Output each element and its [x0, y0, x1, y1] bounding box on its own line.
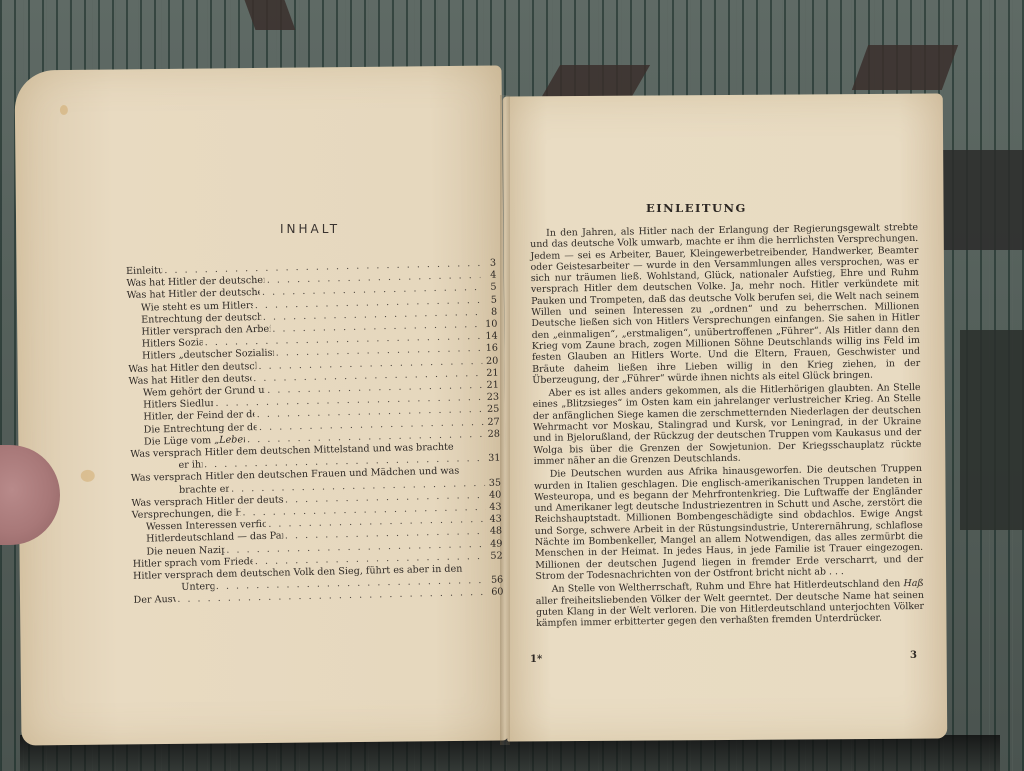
camouflage-patch — [245, 0, 296, 30]
paragraph: In den Jahren, als Hitler nach der Erlan… — [530, 222, 920, 386]
age-stain — [81, 470, 95, 482]
signature-mark: 1* — [530, 654, 542, 665]
age-stain — [60, 105, 68, 115]
chapter-title: EINLEITUNG — [646, 201, 747, 215]
camouflage-patch — [852, 45, 958, 90]
camouflage-patch — [940, 150, 1024, 250]
emphasized-text: „Lebensraum im Osten“ — [214, 434, 245, 446]
emphasized-text: Haß — [904, 578, 924, 589]
book-gutter — [500, 95, 510, 745]
page-number: 3 — [910, 650, 917, 661]
paragraph: Aber es ist alles anders gekommen, als d… — [533, 382, 922, 467]
toc-title: INHALT — [280, 222, 340, 236]
chapter-body: In den Jahren, als Hitler nach der Erlan… — [530, 222, 924, 631]
camouflage-patch — [960, 330, 1024, 530]
paragraph: Die Deutschen wurden aus Afrika hinausge… — [534, 463, 924, 582]
paragraph: An Stelle von Weltherrschaft, Ruhm und E… — [536, 578, 925, 629]
table-of-contents: Einleitung3 Was hat Hitler der deutschen… — [126, 258, 504, 608]
